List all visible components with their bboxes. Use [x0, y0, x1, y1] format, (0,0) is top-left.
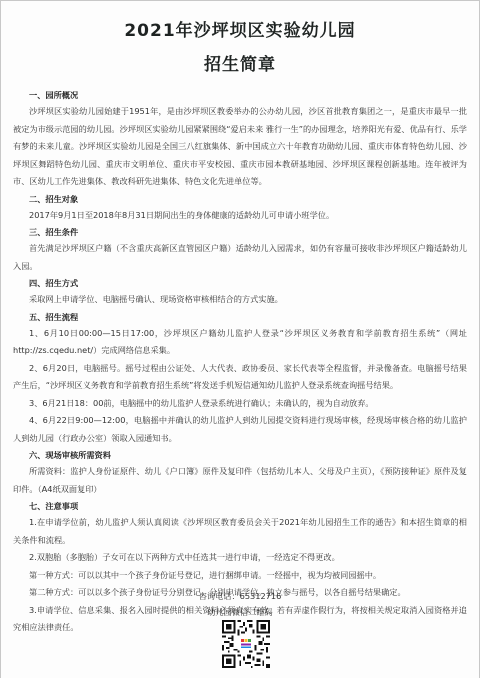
section-paragraph: 1、6月10日00:00—15日17:00，沙坪坝区户籍幼儿监护人登录“沙坪坝区… — [13, 325, 467, 360]
section-paragraph: 首先满足沙坪坝区户籍（不含重庆高新区直管园区户籍）适龄幼儿入园需求，如仍有容量可… — [13, 240, 467, 275]
page-subtitle: 招生简章 — [1, 50, 479, 75]
section-paragraph: 沙坪坝区实验幼儿园始建于1951年，是由沙坪坝区教委举办的公办幼儿园，沙区首批教… — [13, 103, 467, 191]
section-heading: 五、招生流程 — [13, 309, 467, 325]
section-heading: 三、招生条件 — [13, 224, 467, 240]
contact-phone: 咨询电话：65312716 — [1, 591, 479, 602]
section-target: 二、招生对象 2017年9月1日至2018年8月31日期间出生的身体健康的适龄幼… — [13, 191, 467, 225]
section-paragraph: 所需资料：监护人身份证原件、幼儿《户口簿》原件及复印件（包括幼儿本人、父母及户主… — [13, 463, 467, 498]
section-method: 四、招生方式 采取网上申请学位、电脑摇号确认、现场资格审核相结合的方式实施。 — [13, 275, 467, 309]
section-paragraph: 4、6月22日9:00—12:00，电脑摇中并确认的幼儿监护人到幼儿园提交资料进… — [13, 412, 467, 447]
section-heading: 一、园所概况 — [13, 87, 467, 103]
section-overview: 一、园所概况 沙坪坝区实验幼儿园始建于1951年，是由沙坪坝区教委举办的公办幼儿… — [13, 87, 467, 191]
section-heading: 二、招生对象 — [13, 191, 467, 207]
section-paragraph: 第一种方式：可以以其中一个孩子身份证号登记，进行捆绑申请。一经摇中，视为均被同园… — [13, 567, 467, 585]
section-materials: 六、现场审核所需资料 所需资料：监护人身份证原件、幼儿《户口簿》原件及复印件（包… — [13, 447, 467, 498]
section-heading: 七、注意事项 — [13, 498, 467, 514]
document-body: 一、园所概况 沙坪坝区实验幼儿园始建于1951年，是由沙坪坝区教委举办的公办幼儿… — [13, 87, 467, 637]
page-title: 2021年沙坪坝区实验幼儿园 — [1, 16, 479, 41]
section-paragraph: 2017年9月1日至2018年8月31日期间出生的身体健康的适龄幼儿可申请小班学… — [13, 207, 467, 225]
section-paragraph: 2.双胞胎（多胞胎）子女可在以下两种方式中任选其一进行申请，一经选定不得更改。 — [13, 549, 467, 567]
section-paragraph: 3、6月21日18：00前，电脑摇中的幼儿监护人登录系统进行确认；未确认的，视为… — [13, 395, 467, 413]
document-page: 2021年沙坪坝区实验幼儿园 招生简章 一、园所概况 沙坪坝区实验幼儿园始建于1… — [0, 0, 480, 678]
section-paragraph: 2、6月20日，电脑摇号。摇号过程由公证处、人大代表、政协委员、家长代表等全程监… — [13, 360, 467, 395]
section-conditions: 三、招生条件 首先满足沙坪坝区户籍（不含重庆高新区直管园区户籍）适龄幼儿入园需求… — [13, 224, 467, 275]
section-heading: 四、招生方式 — [13, 275, 467, 291]
section-process: 五、招生流程 1、6月10日00:00—15日17:00，沙坪坝区户籍幼儿监护人… — [13, 309, 467, 448]
section-heading: 六、现场审核所需资料 — [13, 447, 467, 463]
section-paragraph: 1.在申请学位前，幼儿监护人须认真阅读《沙坪坝区教育委员会关于2021年幼儿园招… — [13, 514, 467, 549]
qr-code-label: 幼儿园微信二维码 — [1, 607, 479, 618]
section-paragraph: 采取网上申请学位、电脑摇号确认、现场资格审核相结合的方式实施。 — [13, 291, 467, 309]
qr-code-icon — [222, 620, 270, 668]
